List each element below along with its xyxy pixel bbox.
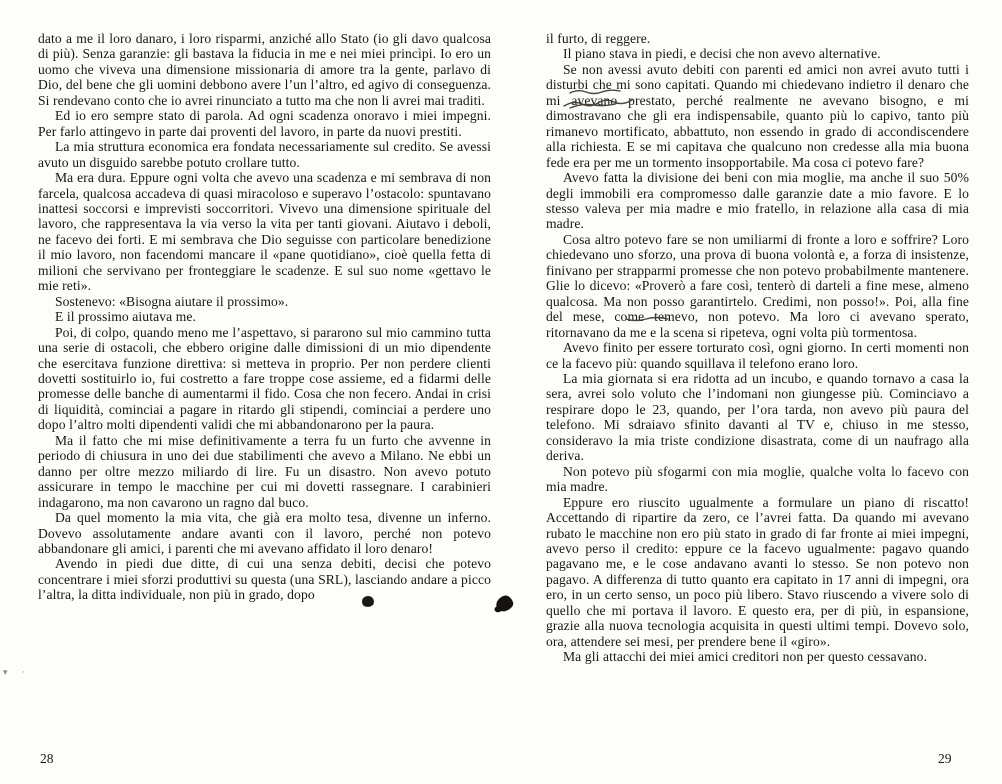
page-number-29: 29: [938, 751, 952, 767]
paragraph: Eppure ero riuscito ugualmente a formula…: [546, 495, 969, 650]
paragraph: Il piano stava in piedi, e decisi che no…: [546, 46, 969, 61]
paragraph: Sostenevo: «Bisogna aiutare il prossimo»…: [38, 294, 491, 309]
paragraph: La mia giornata si era ridotta ad un inc…: [546, 371, 969, 464]
paragraph: Ma era dura. Eppure ogni volta che avevo…: [38, 170, 491, 294]
page-number-28: 28: [40, 751, 54, 767]
paragraph: Ma il fatto che mi mise definitivamente …: [38, 433, 491, 510]
paragraph: Cosa altro potevo fare se non umiliarmi …: [546, 232, 969, 340]
paragraph: Ed io ero sempre stato di parola. Ad ogn…: [38, 108, 491, 139]
paragraph: E il prossimo aiutava me.: [38, 309, 491, 324]
paragraph: Avevo fatta la divisione dei beni con mi…: [546, 170, 969, 232]
paragraph: Avendo in piedi due ditte, di cui una se…: [38, 556, 491, 602]
paragraph: dato a me il loro danaro, i loro risparm…: [38, 31, 491, 108]
ink-blot-margin: [494, 594, 515, 614]
page-29-text-column: il furto, di reggere. Il piano stava in …: [546, 31, 969, 665]
paragraph: Avevo finito per essere torturato così, …: [546, 340, 969, 371]
paragraph: La mia struttura economica era fondata n…: [38, 139, 491, 170]
page-28-text-column: dato a me il loro danaro, i loro risparm…: [38, 31, 491, 603]
paragraph: Ma gli attacchi dei miei amici creditori…: [546, 649, 969, 664]
paragraph: Da quel momento la mia vita, che già era…: [38, 510, 491, 556]
book-spread: dato a me il loro danaro, i loro risparm…: [0, 0, 1002, 784]
paragraph: Poi, di colpo, quando meno me l’aspettav…: [38, 325, 491, 433]
paragraph: Se non avessi avuto debiti con parenti e…: [546, 62, 969, 170]
paragraph: Non potevo più sfogarmi con mia moglie, …: [546, 464, 969, 495]
margin-pencil-mark: ▾ ·: [3, 667, 31, 678]
paragraph: il furto, di reggere.: [546, 31, 969, 46]
